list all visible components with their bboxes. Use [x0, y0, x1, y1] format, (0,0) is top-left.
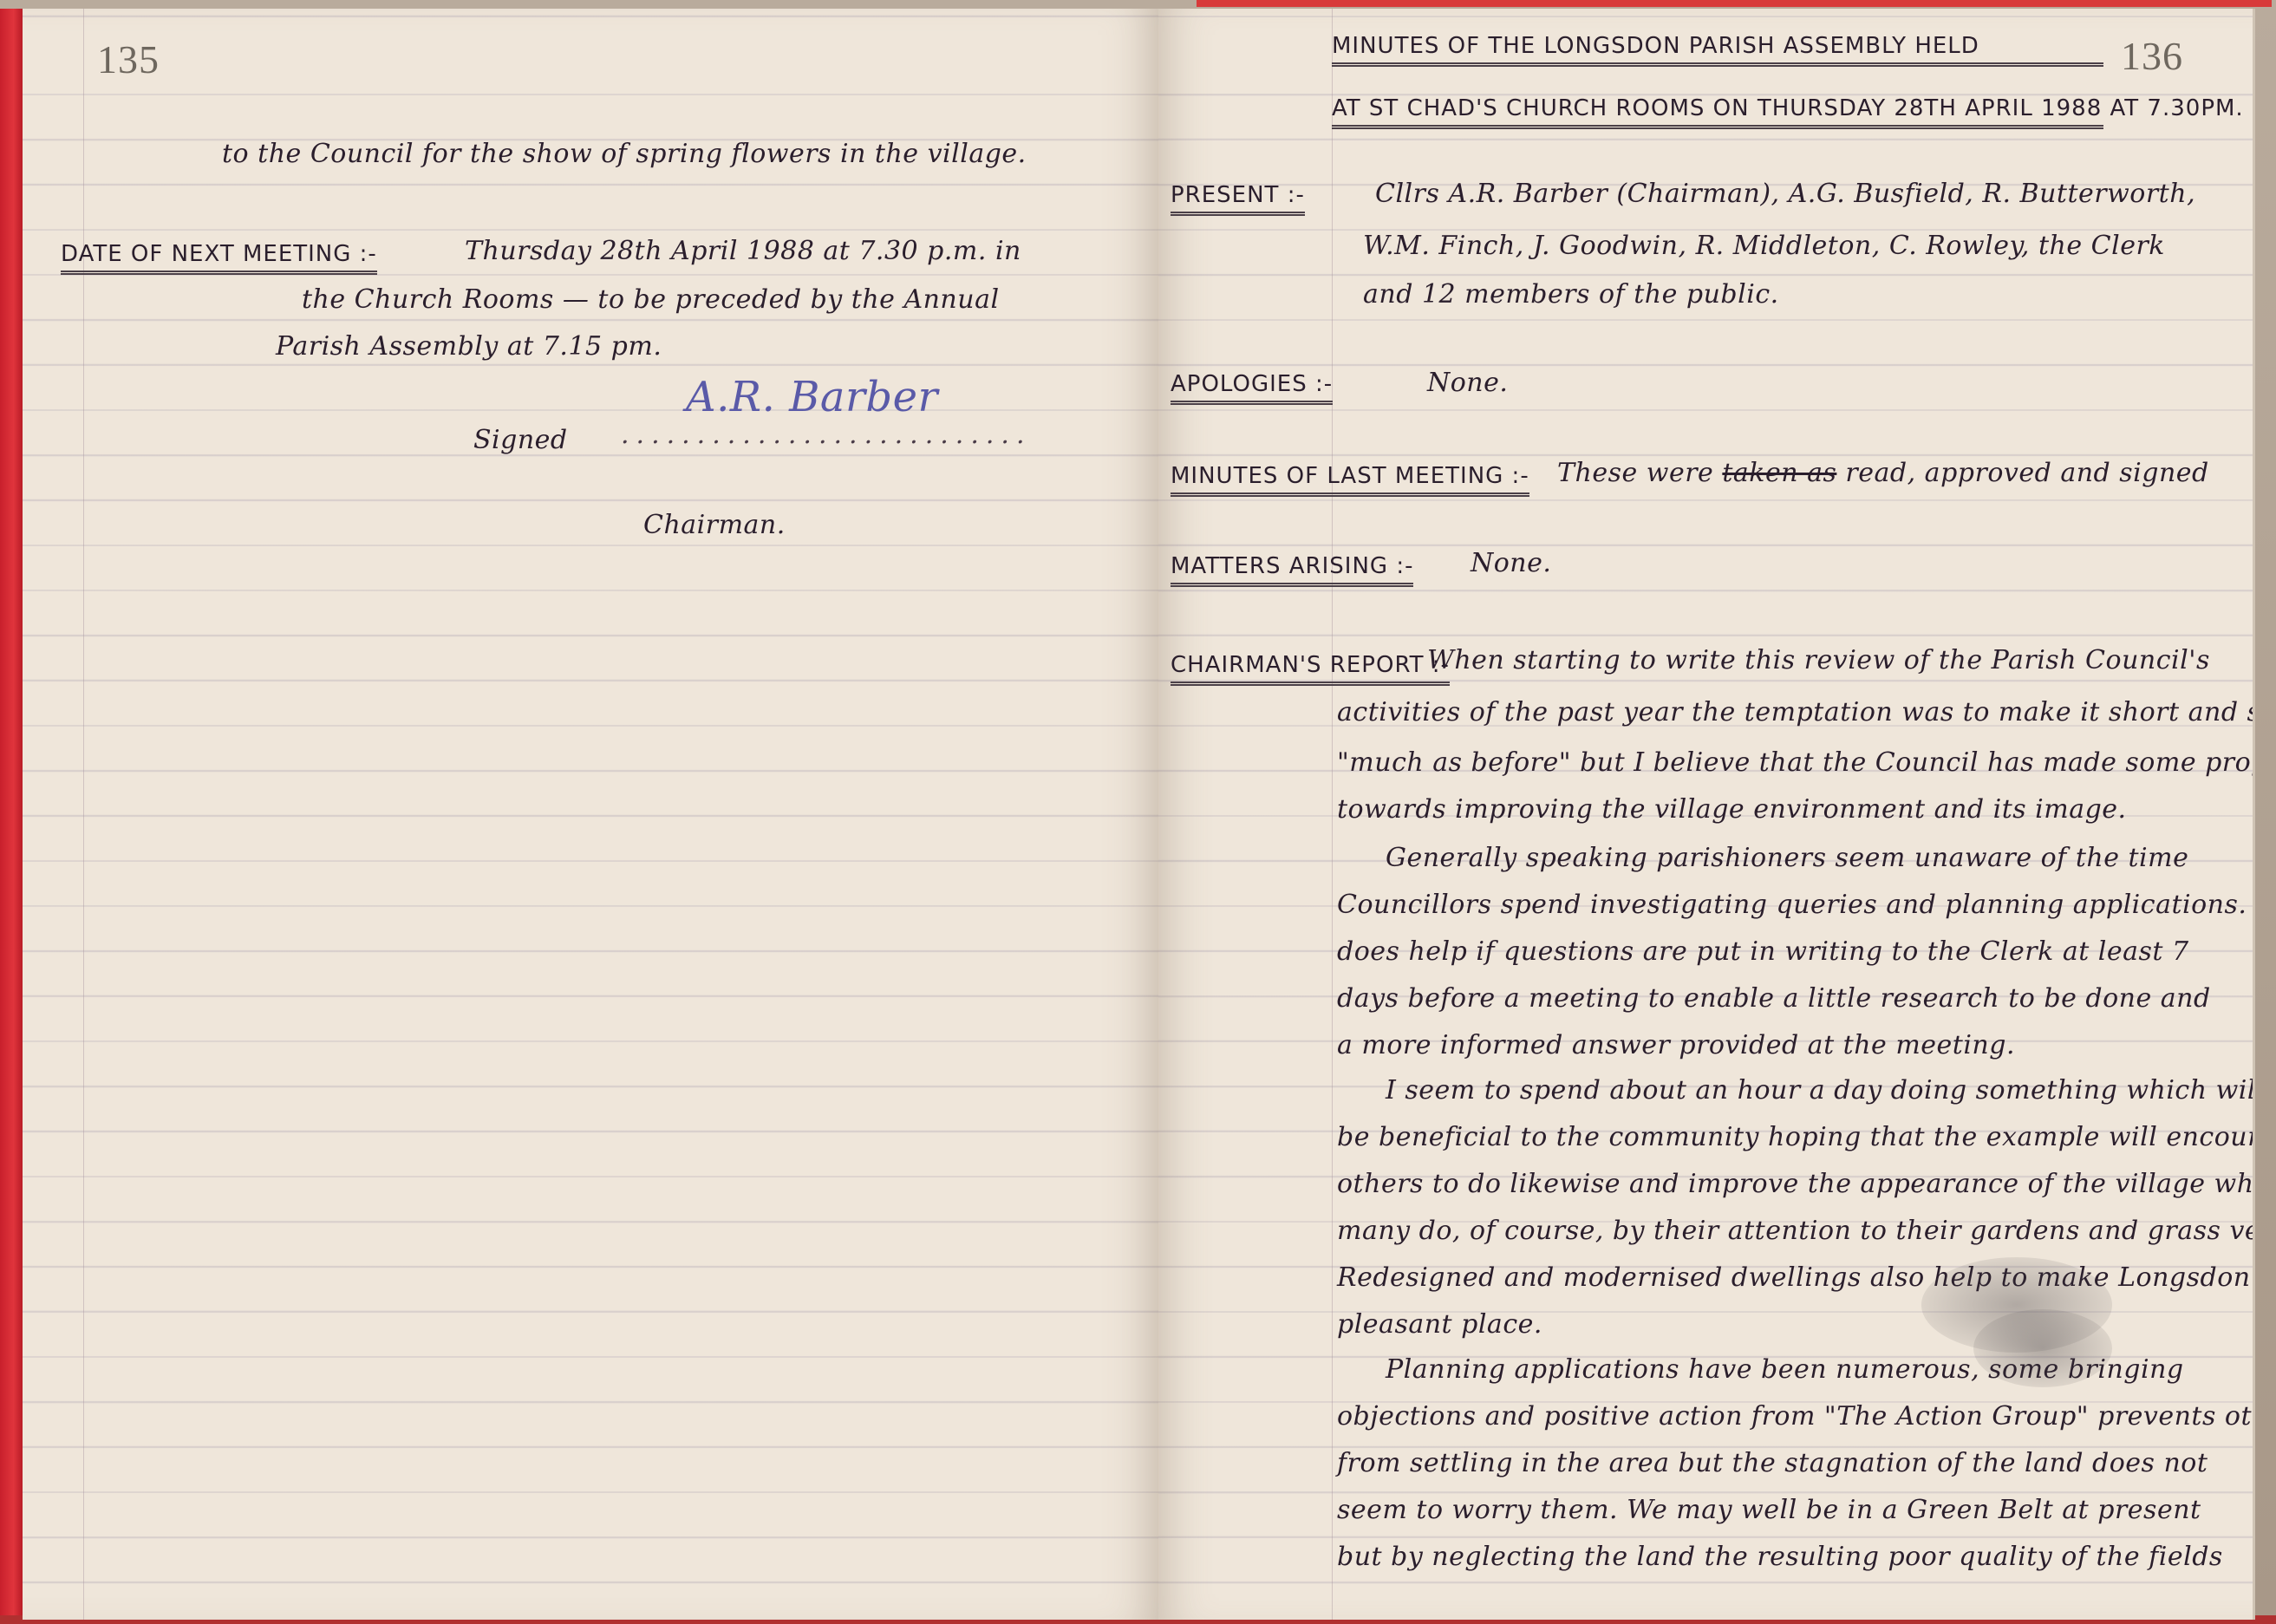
chairmans-report-first-line: When starting to write this review of th…	[1427, 645, 2210, 675]
report-line: towards improving the village environmen…	[1337, 794, 2127, 825]
minutes-value-struck-text: taken as	[1722, 458, 1836, 488]
minutes-value-suffix: read, approved and signed	[1845, 458, 2208, 488]
report-line: objections and positive action from "The…	[1337, 1401, 2255, 1432]
book-cover-left-edge	[0, 9, 23, 1624]
report-line: pleasant place.	[1337, 1309, 1542, 1340]
open-minute-book: 135 to the Council for the show of sprin…	[0, 0, 2276, 1624]
report-line: but by neglecting the land the resulting…	[1337, 1542, 2223, 1572]
minutes-title-line-2: at St Chad's Church Rooms on Thursday 28…	[1332, 95, 2103, 129]
minutes-of-last-meeting-value: These were taken as read, approved and s…	[1557, 458, 2209, 488]
report-line: "much as before" but I believe that the …	[1337, 747, 2255, 778]
minutes-title-line-1: Minutes of the Longsdon Parish Assembly …	[1332, 33, 2103, 67]
chairman-signature: A.R. Barber	[686, 373, 938, 421]
page-number: 136	[2121, 33, 2183, 79]
signed-role: Chairman.	[643, 510, 786, 540]
signature-dotted-line: ...........................	[621, 420, 1031, 450]
report-line: others to do likewise and improve the ap…	[1337, 1169, 2255, 1199]
report-line: Redesigned and modernised dwellings also…	[1337, 1262, 2255, 1293]
report-line: I seem to spend about an hour a day doin…	[1386, 1075, 2255, 1105]
continuation-line: to the Council for the show of spring fl…	[222, 139, 1027, 169]
report-line: many do, of course, by their attention t…	[1337, 1216, 2255, 1246]
report-line: from settling in the area but the stagna…	[1337, 1448, 2208, 1478]
next-meeting-line-2: the Church Rooms — to be preceded by the…	[302, 284, 1000, 315]
page-number: 135	[97, 36, 160, 82]
report-line: days before a meeting to enable a little…	[1337, 983, 2211, 1014]
matters-arising-value: None.	[1471, 548, 1551, 578]
right-page: 136 Minutes of the Longsdon Parish Assem…	[1158, 9, 2255, 1620]
next-meeting-line-3: Parish Assembly at 7.15 pm.	[276, 331, 662, 362]
present-line-2: W.M. Finch, J. Goodwin, R. Middleton, C.…	[1363, 231, 2165, 261]
report-line: Generally speaking parishioners seem una…	[1386, 843, 2188, 873]
report-line: activities of the past year the temptati…	[1337, 697, 2255, 727]
section-label-matters-arising: Matters Arising :-	[1171, 553, 1413, 587]
ink-smudge	[1973, 1309, 2112, 1387]
page-margin-line	[1332, 9, 1333, 1620]
left-page: 135 to the Council for the show of sprin…	[23, 9, 1158, 1620]
report-line: seem to worry them. We may well be in a …	[1337, 1495, 2201, 1525]
report-line: be beneficial to the community hoping th…	[1337, 1122, 2255, 1152]
report-line: a more informed answer provided at the m…	[1337, 1030, 2015, 1060]
signed-label: Signed	[473, 425, 568, 455]
minutes-value-prefix: These were	[1557, 458, 1713, 488]
present-line-3: and 12 members of the public.	[1363, 279, 1779, 310]
report-line: Councillors spend investigating queries …	[1337, 890, 2255, 920]
section-label-chairmans-report: Chairman's Report :-	[1171, 652, 1450, 686]
section-label-date-of-next-meeting: Date of Next Meeting :-	[61, 241, 377, 275]
present-line-1: Cllrs A.R. Barber (Chairman), A.G. Busfi…	[1375, 179, 2195, 209]
apologies-value: None.	[1427, 368, 1508, 398]
section-label-apologies: Apologies :-	[1171, 371, 1333, 405]
book-cover-top-edge	[1197, 0, 2272, 7]
report-line: does help if questions are put in writin…	[1337, 936, 2189, 967]
section-label-present: Present :-	[1171, 182, 1305, 216]
section-label-minutes-of-last-meeting: Minutes of Last Meeting :-	[1171, 463, 1529, 497]
next-meeting-line-1: Thursday 28th April 1988 at 7.30 p.m. in	[465, 236, 1021, 266]
